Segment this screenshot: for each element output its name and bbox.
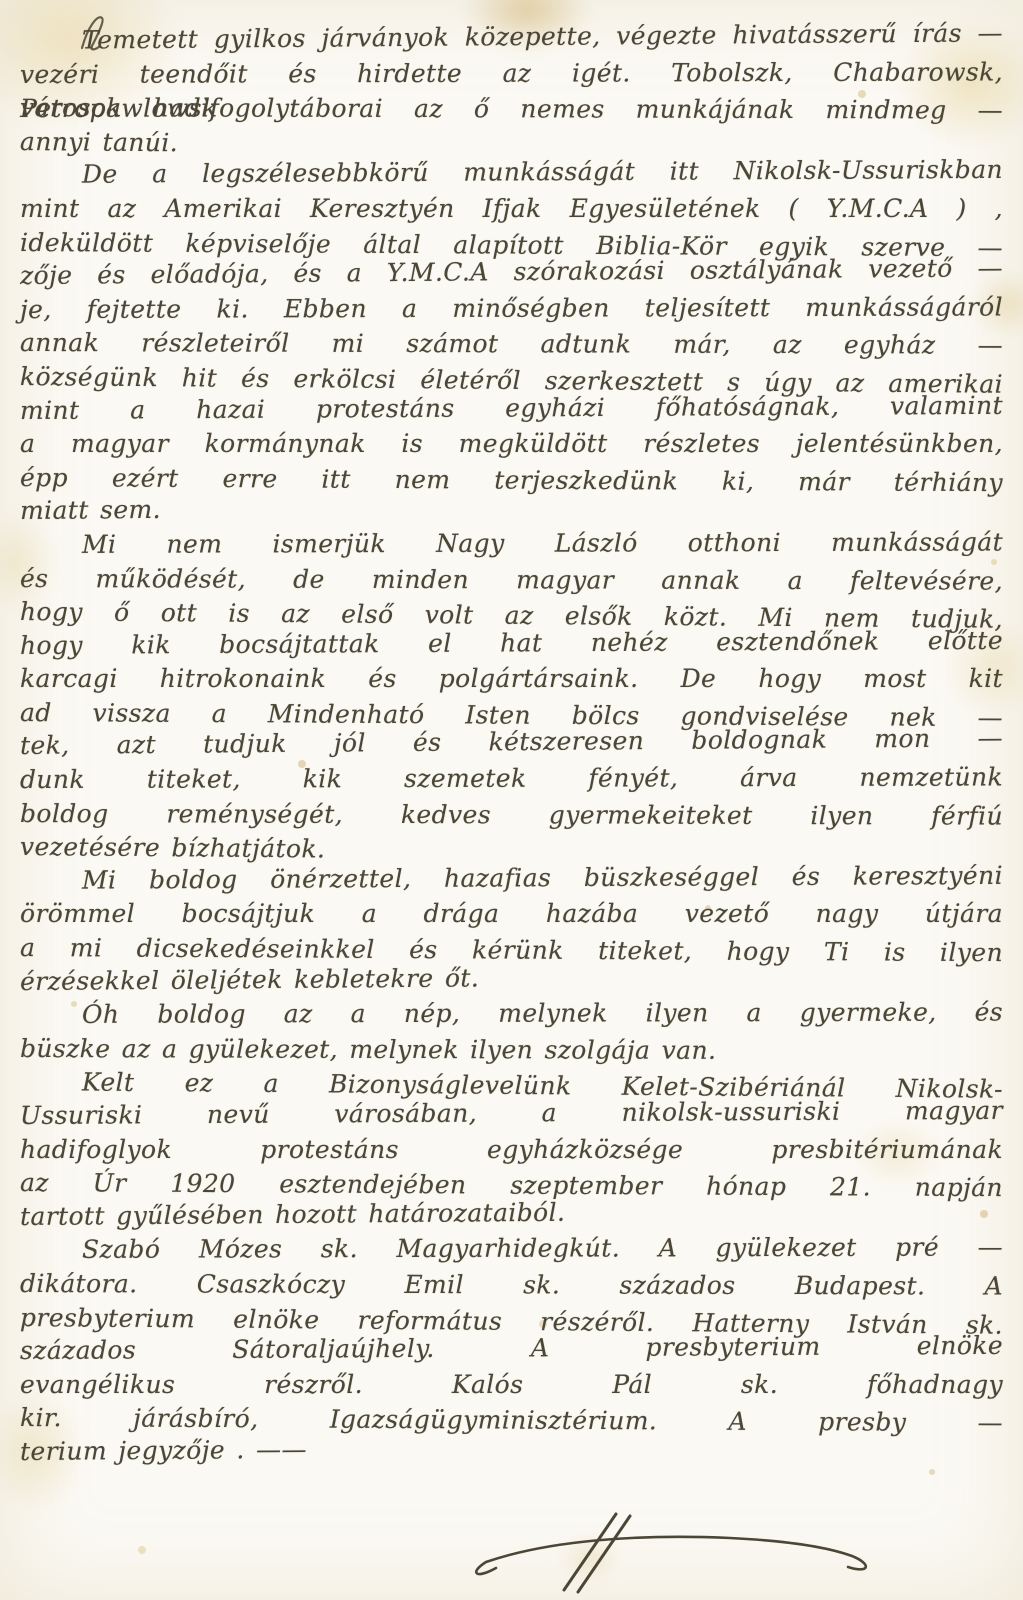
manuscript-line: hogy kik bocsájtattak el hat nehéz eszte… [20, 624, 1003, 663]
manuscript-line: zője és előadója, és a Y.M.C.A szórakozá… [20, 251, 1003, 292]
manuscript-line: mint a hazai protestáns egyházi főhatósá… [20, 388, 1003, 427]
manuscript-line: Mi nem ismerjük Nagy László otthoni munk… [20, 525, 1003, 561]
manuscript-line: hadifoglyok protestáns egyházközsége pre… [20, 1133, 1003, 1167]
manuscript-line: érzésekkel öleljétek kebletekre őt. [20, 957, 1003, 998]
manuscript-line: városok hadifogolytáborai az ő nemes mun… [20, 91, 1003, 127]
manuscript-line: büszke az a gyülekezet, melynek ilyen sz… [20, 1032, 1003, 1068]
manuscript-line: vezéri teendőit és hirdette az igét. Tob… [20, 55, 1003, 91]
foxing-specks [0, 0, 4, 4]
manuscript-line: örömmel bocsájtjuk a drága hazába vezető… [20, 897, 1003, 931]
manuscript-line: Ussuriski nevű városában, a nikolsk-ussu… [20, 1094, 1003, 1133]
manuscript-line: mint az Amerikai Keresztyén Ifjak Egyesü… [20, 192, 1003, 226]
manuscript-line: evangélikus részről. Kalós Pál sk. főhad… [20, 1368, 1003, 1402]
manuscript-line: karcagi hitrokonaink és polgártársaink. … [20, 662, 1003, 696]
manuscript-line: je, fejtette ki. Ebben a minőségben telj… [20, 290, 1003, 326]
manuscript-line: annak részleteiről mi számot adtunk már,… [20, 326, 1003, 362]
manuscript-line: dikátora. Csaszkóczy Emil sk. százados B… [20, 1267, 1003, 1303]
manuscript-line: és működését, de minden magyar annak a f… [20, 562, 1003, 598]
manuscript-text: Temetett gyilkos járványok közepette, vé… [20, 24, 1003, 1469]
manuscript-line: Szabó Mózes sk. Magyarhidegkút. A gyülek… [20, 1231, 1003, 1267]
manuscript-line: dunk titeket, kik szemetek fényét, árva … [20, 760, 1003, 796]
signature-flourish [400, 1478, 920, 1600]
manuscript-line: százados Sátoraljaújhely. A presbyterium… [20, 1329, 1003, 1368]
manuscript-line: Óh boldog az a nép, melynek ilyen a gyer… [20, 996, 1003, 1032]
manuscript-line: De a legszélesebbkörű munkásságát itt Ni… [20, 153, 1003, 192]
manuscript-page: Temetett gyilkos járványok közepette, vé… [0, 0, 1023, 1600]
manuscript-line: tartott gyűlésében hozott határozataiból… [20, 1192, 1003, 1233]
manuscript-line: a magyar kormánynak is megküldött részle… [20, 427, 1003, 461]
manuscript-line: terium jegyzője . —— [20, 1427, 1003, 1468]
manuscript-line: Mi boldog önérzettel, hazafias büszkeség… [20, 859, 1003, 898]
manuscript-line: miatt sem. [20, 487, 1003, 528]
manuscript-line: boldog reménységét, kedves gyermekeiteke… [20, 797, 1003, 833]
manuscript-line: tek, azt tudjuk jól és kétszeresen boldo… [20, 722, 1003, 763]
manuscript-line: Temetett gyilkos járványok közepette, vé… [20, 16, 1003, 57]
